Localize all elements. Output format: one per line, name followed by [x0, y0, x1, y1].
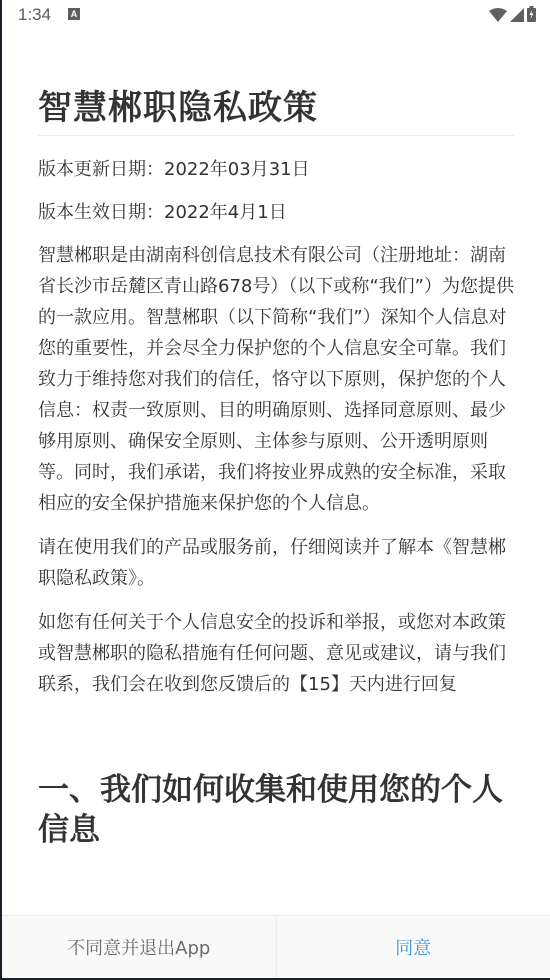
intro-paragraph: 智慧郴职是由湖南科创信息技术有限公司（注册地址：湖南省长沙市岳麓区青山路678号…	[38, 240, 514, 519]
consent-action-bar: 不同意并退出App 同意	[2, 915, 550, 978]
read-notice-paragraph: 请在使用我们的产品或服务前，仔细阅读并了解本《智慧郴职隐私政策》。	[38, 532, 514, 594]
effective-date: 版本生效日期：2022年4月1日	[38, 197, 514, 228]
notification-a-icon: A	[68, 8, 80, 20]
status-bar: 1:34 A	[2, 0, 550, 30]
agree-button[interactable]: 同意	[277, 916, 550, 978]
update-date: 版本更新日期：2022年03月31日	[38, 154, 514, 185]
battery-charging-icon	[527, 6, 536, 26]
disagree-exit-button[interactable]: 不同意并退出App	[2, 916, 277, 978]
section-heading: 一、我们如何收集和使用您的个人信息	[38, 770, 514, 850]
status-icons	[489, 6, 536, 26]
signal-icon	[510, 7, 524, 26]
contact-paragraph: 如您有任何关于个人信息安全的投诉和举报，或您对本政策或智慧郴职的隐私措施有任何问…	[38, 607, 514, 700]
page-title: 智慧郴职隐私政策	[38, 80, 514, 136]
phone-screen: 1:34 A 智慧郴职隐私政策 版本更新日期：2022年03月31日 版本生效日…	[2, 0, 550, 978]
wifi-icon	[489, 7, 507, 26]
policy-content: 智慧郴职隐私政策 版本更新日期：2022年03月31日 版本生效日期：2022年…	[38, 80, 514, 850]
status-time: 1:34	[18, 5, 51, 25]
